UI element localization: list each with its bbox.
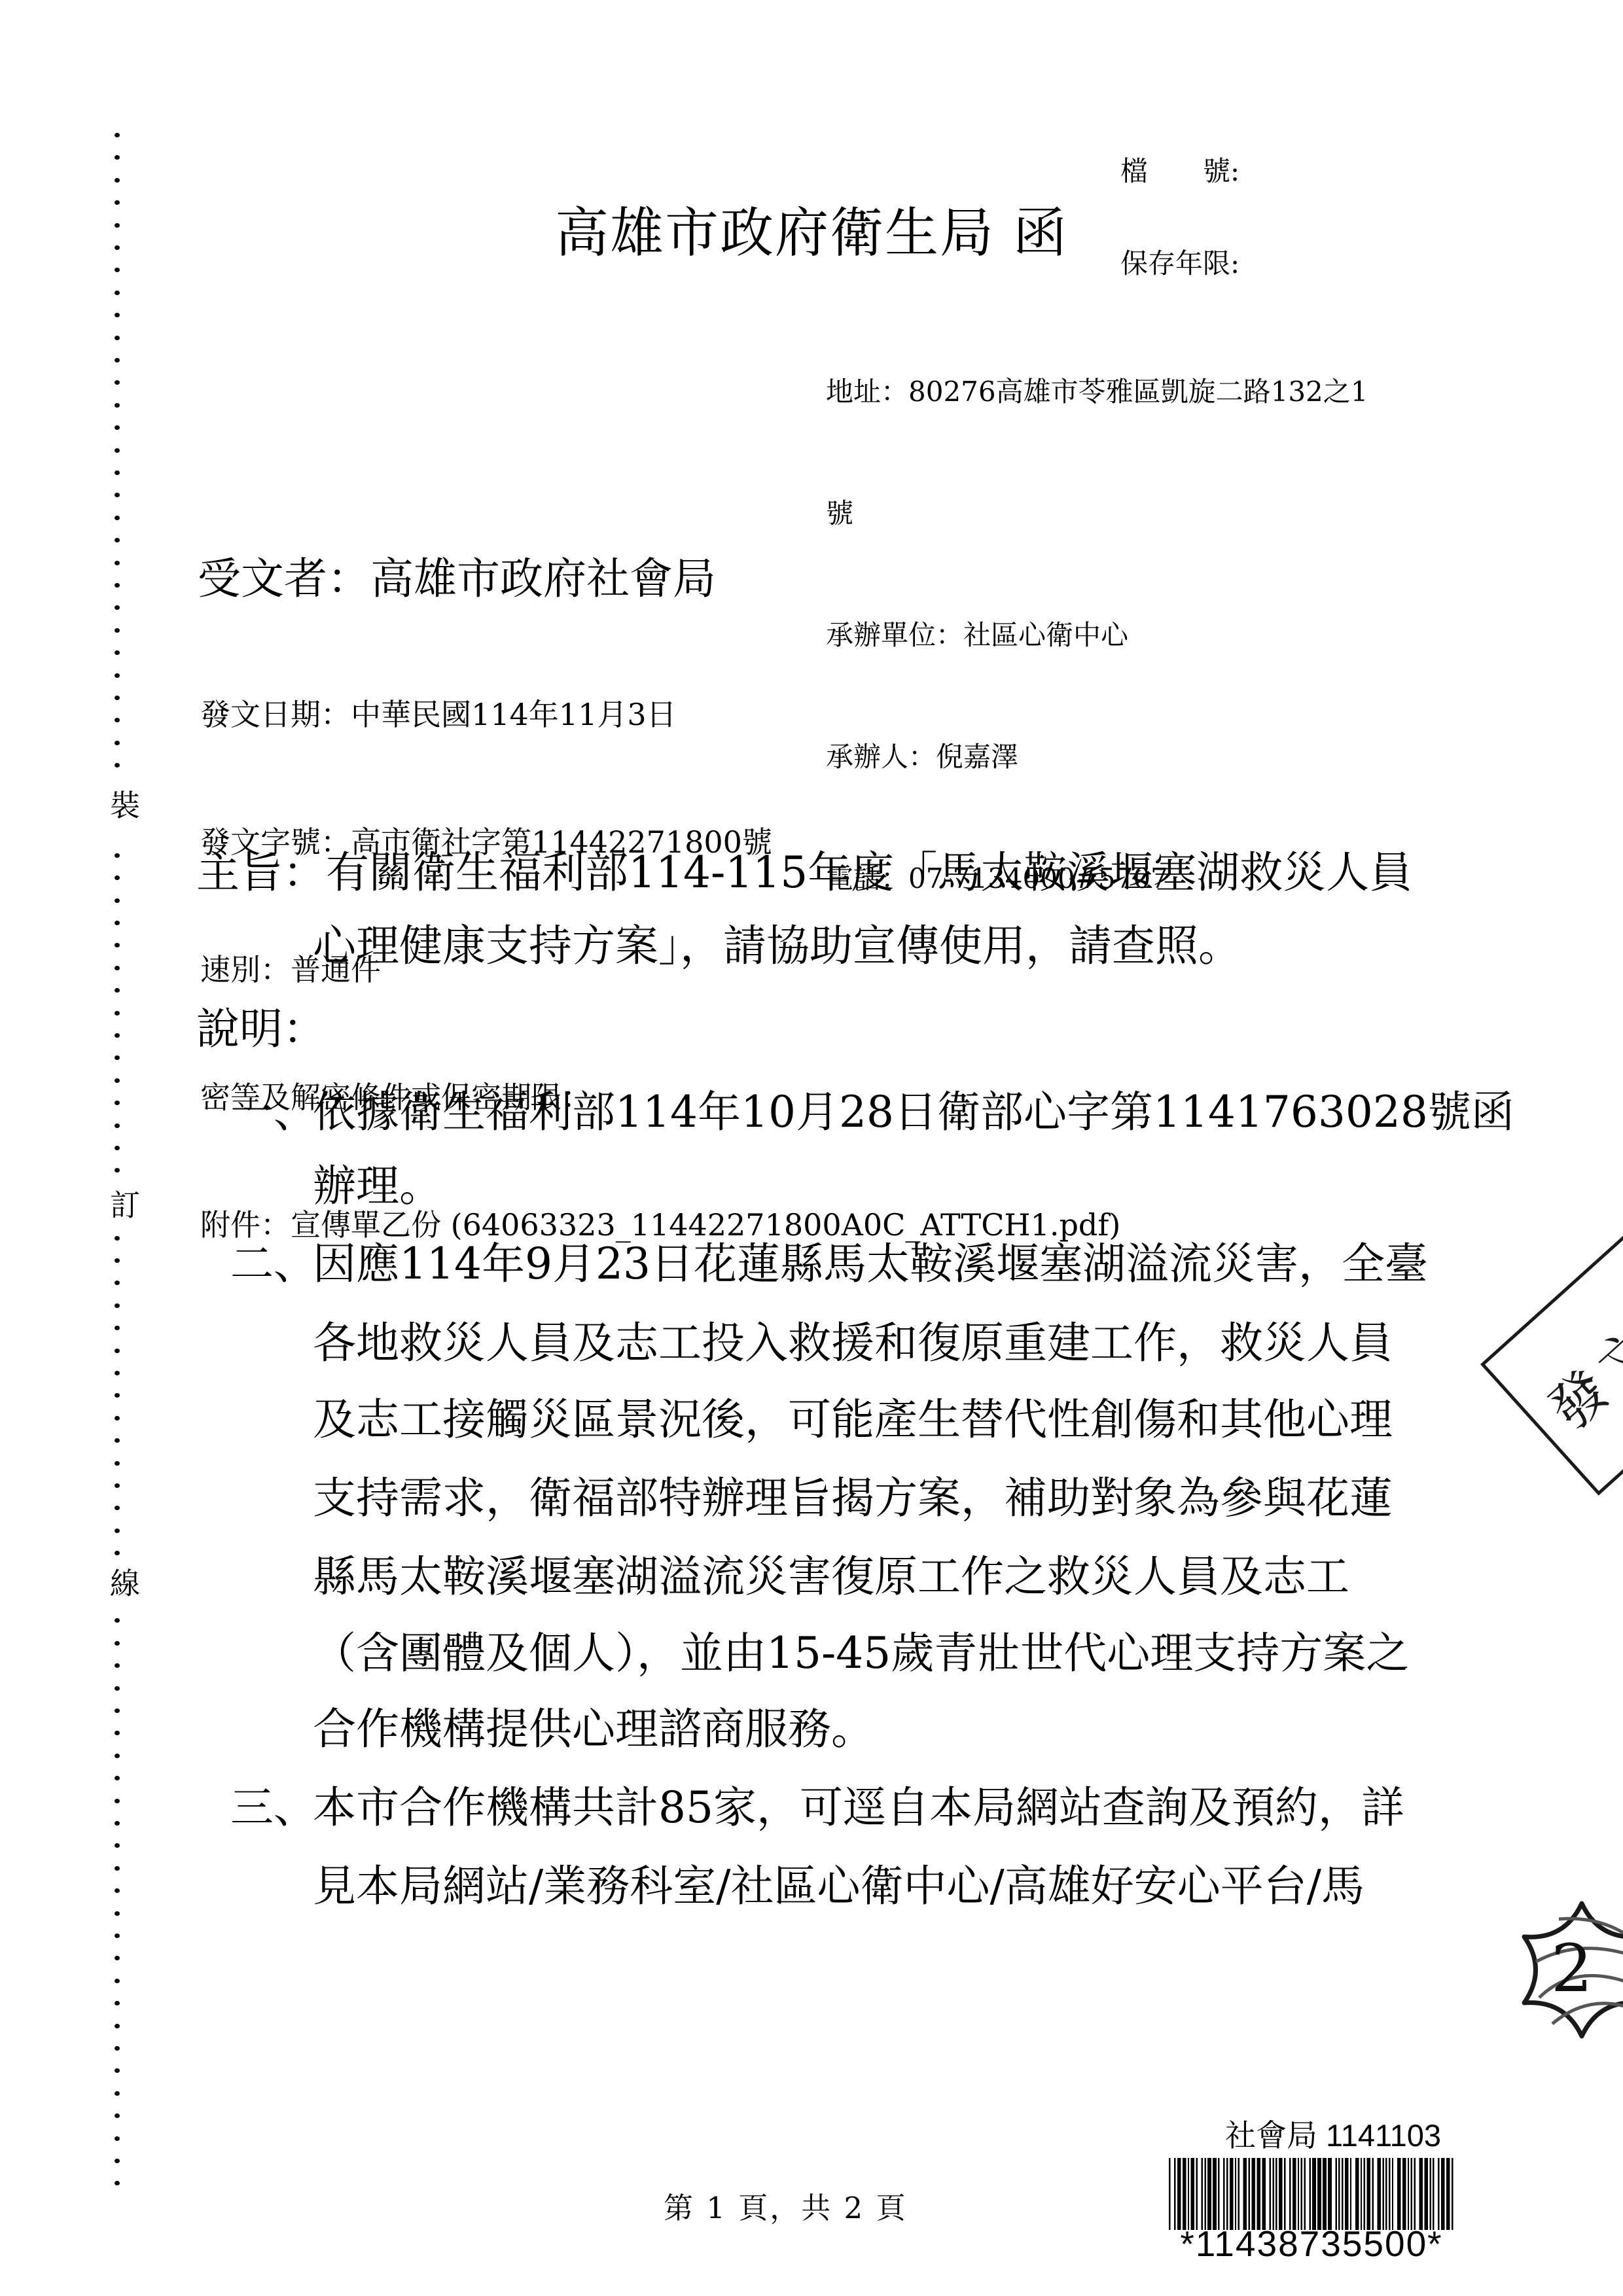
binding-dot bbox=[115, 1280, 120, 1285]
binding-dot bbox=[115, 358, 120, 362]
binding-dot bbox=[115, 1371, 120, 1375]
recipient-line: 受文者：高雄市政府社會局 bbox=[198, 557, 716, 601]
item2-line1: 因應114年9月23日花蓮縣馬太鞍溪堰塞湖溢流災害，全臺 bbox=[313, 1243, 1428, 1286]
binding-dot bbox=[115, 448, 120, 453]
barcode bbox=[1169, 2158, 1454, 2230]
binding-dot bbox=[115, 336, 120, 340]
binding-dot bbox=[115, 1393, 120, 1398]
binding-dot bbox=[115, 1934, 120, 1938]
binding-dot bbox=[115, 921, 120, 925]
binding-dot bbox=[115, 1258, 120, 1263]
binding-dot bbox=[115, 313, 120, 317]
binding-dot bbox=[115, 1641, 120, 1646]
item2-line4: 支持需求，衛福部特辦理旨揭方案，補助對象為參與花蓮 bbox=[313, 1477, 1393, 1520]
item2-line5: 縣馬太鞍溪堰塞湖溢流災害復原工作之救災人員及志工 bbox=[313, 1555, 1349, 1598]
item1-line2: 辦理。 bbox=[313, 1165, 442, 1208]
binding-dot bbox=[115, 2113, 120, 2118]
binding-dot bbox=[115, 696, 120, 700]
subject-label: 主旨： bbox=[196, 851, 326, 894]
binding-dot bbox=[115, 403, 120, 408]
binding-dot bbox=[115, 1461, 120, 1466]
binding-dot bbox=[115, 1821, 120, 1826]
binding-dot bbox=[115, 1551, 120, 1555]
binding-dot bbox=[115, 380, 120, 385]
binding-dot bbox=[115, 1528, 120, 1533]
document-page: 檔 號: 保存年限: 高雄市政府衛生局 函 地址：80276高雄市苓雅區凱旋二路… bbox=[0, 0, 1623, 2296]
binding-dot bbox=[115, 2046, 120, 2051]
item2-number: 二、 bbox=[230, 1243, 317, 1286]
seam-stamp-text: 發文騎縫章 bbox=[1529, 1169, 1623, 1445]
barcode-label: 社會局 1141103 bbox=[1225, 2120, 1441, 2151]
binding-dot bbox=[115, 1483, 120, 1488]
binding-dot bbox=[115, 1776, 120, 1780]
binding-dot bbox=[115, 605, 120, 610]
binding-dot bbox=[115, 741, 120, 745]
binding-dot bbox=[115, 1416, 120, 1421]
binding-dot bbox=[115, 470, 120, 475]
binding-dot bbox=[115, 1911, 120, 1916]
binding-dot bbox=[115, 898, 120, 903]
binding-dot bbox=[115, 1663, 120, 1668]
binding-dot bbox=[115, 966, 120, 970]
binding-dot bbox=[115, 493, 120, 497]
binding-dot bbox=[115, 2136, 120, 2141]
binding-dot bbox=[115, 1146, 120, 1150]
binding-dot bbox=[115, 1438, 120, 1443]
binding-dot bbox=[115, 875, 120, 880]
binding-dot bbox=[115, 1303, 120, 1308]
item2-line6: （含團體及個人），並由15-45歲青壯世代心理支持方案之 bbox=[313, 1632, 1409, 1675]
stamp-page-number: 2 bbox=[1551, 1930, 1593, 2007]
binding-dot bbox=[115, 1731, 120, 1735]
binding-dot bbox=[115, 673, 120, 678]
binding-dot bbox=[115, 763, 120, 768]
binding-dot bbox=[115, 1236, 120, 1241]
item2-line7: 合作機構提供心理諮商服務。 bbox=[313, 1708, 874, 1751]
binding-dot bbox=[115, 853, 120, 858]
binding-dot bbox=[115, 1888, 120, 1893]
binding-dot bbox=[115, 561, 120, 565]
binding-dot bbox=[115, 538, 120, 542]
binding-dot bbox=[115, 2024, 120, 2028]
sender-address-line1: 地址：80276高雄市苓雅區凱旋二路132之1 bbox=[826, 372, 1368, 412]
item3-line2: 見本局網站/業務科室/社區心衛中心/高雄好安心平台/馬 bbox=[313, 1865, 1364, 1908]
item2-line2: 各地救災人員及志工投入救援和復原重建工作，救災人員 bbox=[313, 1322, 1393, 1365]
binding-dot bbox=[115, 223, 120, 228]
binding-dot bbox=[115, 583, 120, 588]
binding-dot bbox=[115, 1866, 120, 1871]
binding-dot bbox=[115, 425, 120, 430]
binding-dot bbox=[115, 1686, 120, 1691]
explanation-label: 說明： bbox=[196, 1008, 326, 1051]
item3-line1: 本市合作機構共計85家，可逕自本局網站查詢及預約，詳 bbox=[313, 1786, 1404, 1829]
item3-number: 三、 bbox=[230, 1786, 317, 1829]
item1-line1: 依據衛生福利部114年10月28日衛部心字第1141763028號函 bbox=[313, 1091, 1514, 1134]
binding-dot bbox=[115, 2091, 120, 2096]
binding-dot bbox=[115, 516, 120, 520]
binding-dot bbox=[115, 650, 120, 655]
sender-address-line2: 號 bbox=[826, 493, 1368, 534]
subject-line1: 有關衛生福利部114-115年度「馬太鞍溪堰塞湖救災人員 bbox=[326, 851, 1412, 894]
binding-dot bbox=[115, 943, 120, 947]
binding-dot bbox=[115, 1055, 120, 1060]
binding-mark-xian: 線 bbox=[107, 1568, 143, 1598]
binding-dot bbox=[115, 1618, 120, 1623]
binding-dot bbox=[115, 1956, 120, 1960]
subject-line2: 心理健康支持方案」，請協助宣傳使用，請查照。 bbox=[313, 925, 1241, 968]
barcode-number: *11438735500* bbox=[1169, 2226, 1454, 2262]
page-number-stamp: 2 bbox=[1513, 1899, 1623, 2040]
document-title: 高雄市政府衛生局 函 bbox=[0, 207, 1623, 260]
binding-mark-ding: 訂 bbox=[107, 1190, 143, 1220]
binding-dot bbox=[115, 178, 120, 183]
item2-line3: 及志工接觸災區景況後，可能產生替代性創傷和其他心理 bbox=[313, 1398, 1393, 1441]
binding-dot bbox=[115, 133, 120, 137]
binding-dot bbox=[115, 1799, 120, 1803]
item1-number: 一、 bbox=[230, 1091, 317, 1134]
binding-dot bbox=[115, 1843, 120, 1848]
binding-dot bbox=[115, 1708, 120, 1713]
binding-dot bbox=[115, 291, 120, 295]
binding-dot bbox=[115, 1326, 120, 1330]
page-footer: 第 1 頁，共 2 頁 bbox=[664, 2193, 907, 2223]
binding-dot bbox=[115, 1011, 120, 1016]
binding-dot bbox=[115, 2181, 120, 2185]
binding-dot bbox=[115, 1349, 120, 1353]
binding-dot bbox=[115, 1033, 120, 1038]
binding-dot bbox=[115, 1168, 120, 1173]
binding-dot bbox=[115, 200, 120, 205]
binding-dot bbox=[115, 1078, 120, 1083]
binding-dot bbox=[115, 245, 120, 250]
binding-dot bbox=[115, 2068, 120, 2073]
file-no-label: 檔 號: bbox=[1120, 156, 1240, 186]
issue-date: 發文日期：中華民國114年11月3日 bbox=[200, 694, 1120, 736]
binding-mark-zhuang: 裝 bbox=[107, 790, 143, 821]
binding-dot bbox=[115, 1979, 120, 1983]
seam-stamp: 發文騎縫章 bbox=[1480, 1093, 1623, 1496]
binding-dot bbox=[115, 2159, 120, 2163]
binding-dot bbox=[115, 155, 120, 160]
binding-dot bbox=[115, 1506, 120, 1510]
binding-dot bbox=[115, 1101, 120, 1105]
binding-dot bbox=[115, 2001, 120, 2005]
binding-dot bbox=[115, 628, 120, 633]
binding-dot bbox=[115, 1123, 120, 1128]
binding-dot bbox=[115, 1754, 120, 1758]
binding-dot bbox=[115, 718, 120, 722]
binding-dot bbox=[115, 268, 120, 272]
binding-dot bbox=[115, 988, 120, 993]
